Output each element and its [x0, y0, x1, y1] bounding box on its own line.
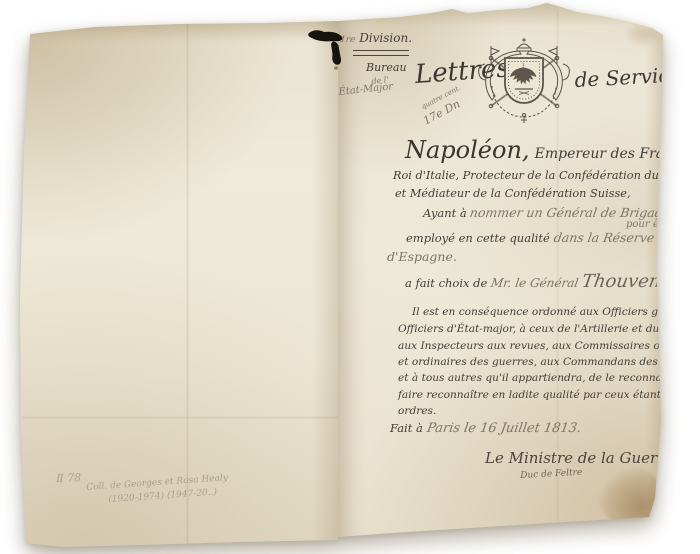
- foxing-stain-bottom-right: [598, 466, 662, 526]
- body-line-7-handwritten: d'Espagne.: [387, 249, 457, 264]
- paragraph-line-1: Il est en conséquence ordonné aux Offici…: [412, 306, 700, 318]
- dateline: Fait à Paris le 16 Juillet 1813.: [390, 421, 581, 436]
- division-line: 1re Division.: [340, 31, 412, 45]
- right-page-top-aging: [338, 0, 663, 26]
- headline-titles: Empereur des Français,: [535, 146, 700, 162]
- body-line-3: et Médiateur de la Confédération Suisse,: [395, 187, 631, 200]
- paragraph-line-4: et ordinaires des guerres, aux Commandan…: [398, 356, 693, 368]
- division-double-rule: [353, 50, 409, 56]
- ink-blot: [306, 26, 350, 70]
- document-bifolium: Ⅱ 78 Coll. de Georges et Rosa Healy (192…: [0, 0, 700, 554]
- minister-title: Le Ministre de la Guerre,: [485, 449, 678, 467]
- body-line-4: Ayant à nommer un Général de Brigade: [423, 205, 671, 220]
- paragraph-line-5: et à tous autres qu'il appartiendra, de …: [398, 372, 695, 384]
- paragraph-line-3: aux Inspecteurs aux revues, aux Commissa…: [398, 340, 700, 352]
- body-line-2: Roi d'Italie, Protecteur de la Confédéra…: [393, 169, 693, 182]
- right-page-edge-aging: [646, 20, 663, 520]
- body-line-4-handwritten: nommer un Général de Brigade: [469, 205, 672, 220]
- photograph-backdrop: Ⅱ 78 Coll. de Georges et Rosa Healy (192…: [0, 0, 700, 554]
- body-line-8: a fait choix de Mr. le Général Thouvenot…: [405, 271, 684, 292]
- headline-napoleon: Napoléon,: [405, 136, 530, 164]
- body-line-6-printed: employé en cette qualité: [406, 231, 554, 245]
- body-line-6-handwritten: dans la Réserve de l'armée: [552, 230, 700, 245]
- foxing-stain-top-right: [624, 18, 664, 48]
- body-line-4-printed: Ayant à: [423, 206, 470, 220]
- pencil-inventory-mark: Ⅱ 78: [56, 471, 81, 485]
- dateline-printed: Fait à: [390, 421, 427, 435]
- left-page-top-aging: [20, 18, 338, 42]
- body-line-6: employé en cette qualité dans la Réserve…: [406, 230, 700, 245]
- paragraph-line-7: ordres.: [398, 405, 436, 417]
- body-line-8-printed: a fait choix de: [405, 276, 491, 290]
- dateline-handwritten: Paris le 16 Juillet 1813.: [425, 421, 581, 436]
- division-label: Division.: [359, 31, 412, 45]
- body-line-8-handwritten: Mr. le Général: [490, 276, 580, 290]
- minister-signature: Duc de Feltre: [520, 468, 583, 481]
- left-page-vertical-fold: [186, 22, 189, 544]
- bureau-label: Bureau: [366, 61, 407, 74]
- bureau-handwritten-line2: État-Major: [338, 81, 394, 98]
- title-de-service: de Service.: [574, 62, 688, 92]
- imperial-eagle-arms-icon: [474, 36, 574, 124]
- left-page-horizontal-fold: [22, 416, 338, 419]
- left-page-gutter-shadow: [312, 20, 338, 542]
- body-line-5-handwritten: pour être: [626, 219, 673, 230]
- appointee-name-handwritten: Thouvenot.: [580, 271, 686, 292]
- headline: Napoléon, Empereur des Français,: [405, 136, 700, 164]
- paragraph-line-6: faire reconnaître en ladite qualité par …: [398, 389, 700, 401]
- paragraph-line-2: Officiers d'État-major, à ceux de l'Arti…: [398, 323, 697, 335]
